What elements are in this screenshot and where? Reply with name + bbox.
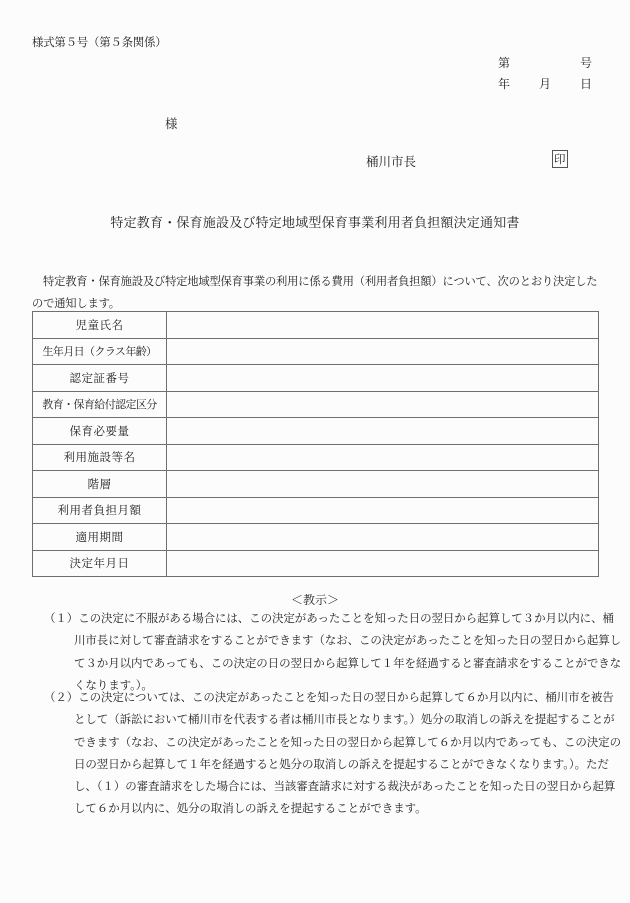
issuer-name: 桶川市長 <box>366 152 416 170</box>
info-table: 児童氏名 生年月日（クラス年齢） 認定証番号 教育・保育給付認定区分 保育必要量… <box>32 311 599 577</box>
row-value-monthly-fee[interactable] <box>167 497 599 524</box>
row-value-certificate-number[interactable] <box>167 365 599 392</box>
row-label: 適用期間 <box>33 524 167 551</box>
row-value-decision-date[interactable] <box>167 550 599 577</box>
row-label: 決定年月日 <box>33 550 167 577</box>
seal-stamp-box: 印 <box>552 150 568 168</box>
table-row: 階層 <box>33 471 599 498</box>
row-label: 保育必要量 <box>33 418 167 445</box>
table-row: 児童氏名 <box>33 312 599 339</box>
recipient-suffix: 様 <box>165 114 178 132</box>
row-label: 利用施設等名 <box>33 444 167 471</box>
row-label: 生年月日（クラス年齢） <box>33 338 167 365</box>
table-row: 利用者負担月額 <box>33 497 599 524</box>
row-value-applicable-period[interactable] <box>167 524 599 551</box>
row-label: 児童氏名 <box>33 312 167 339</box>
document-title: 特定教育・保育施設及び特定地域型保育事業利用者負担額決定通知書 <box>0 212 630 231</box>
doc-number-suffix: 号 <box>580 54 592 71</box>
table-row: 利用施設等名 <box>33 444 599 471</box>
row-label: 認定証番号 <box>33 365 167 392</box>
form-number: 様式第５号（第５条関係） <box>32 34 166 50</box>
table-row: 適用期間 <box>33 524 599 551</box>
row-value-tier[interactable] <box>167 471 599 498</box>
date-month: 月 <box>539 75 551 92</box>
table-row: 認定証番号 <box>33 365 599 392</box>
row-label: 教育・保育給付認定区分 <box>33 391 167 418</box>
notice-item-1: （１）この決定に不服がある場合には、この決定があったことを知った日の翌日から起算… <box>44 607 624 696</box>
table-row: 保育必要量 <box>33 418 599 445</box>
doc-number-prefix: 第 <box>498 54 510 71</box>
row-value-child-name[interactable] <box>167 312 599 339</box>
table-row: 決定年月日 <box>33 550 599 577</box>
date-day: 日 <box>580 75 592 92</box>
table-row: 生年月日（クラス年齢） <box>33 338 599 365</box>
row-label: 階層 <box>33 471 167 498</box>
row-value-facility-name[interactable] <box>167 444 599 471</box>
date-year: 年 <box>498 75 510 92</box>
row-value-certification-category[interactable] <box>167 391 599 418</box>
notice-heading: ＜教示＞ <box>0 591 630 608</box>
notice-item-2: （２）この決定については、この決定があったことを知った日の翌日から起算して６か月… <box>44 686 624 820</box>
table-row: 教育・保育給付認定区分 <box>33 391 599 418</box>
intro-paragraph: 特定教育・保育施設及び特定地域型保育事業の利用に係る費用（利用者負担額）について… <box>32 271 602 315</box>
row-value-care-hours[interactable] <box>167 418 599 445</box>
row-value-birthdate[interactable] <box>167 338 599 365</box>
row-label: 利用者負担月額 <box>33 497 167 524</box>
